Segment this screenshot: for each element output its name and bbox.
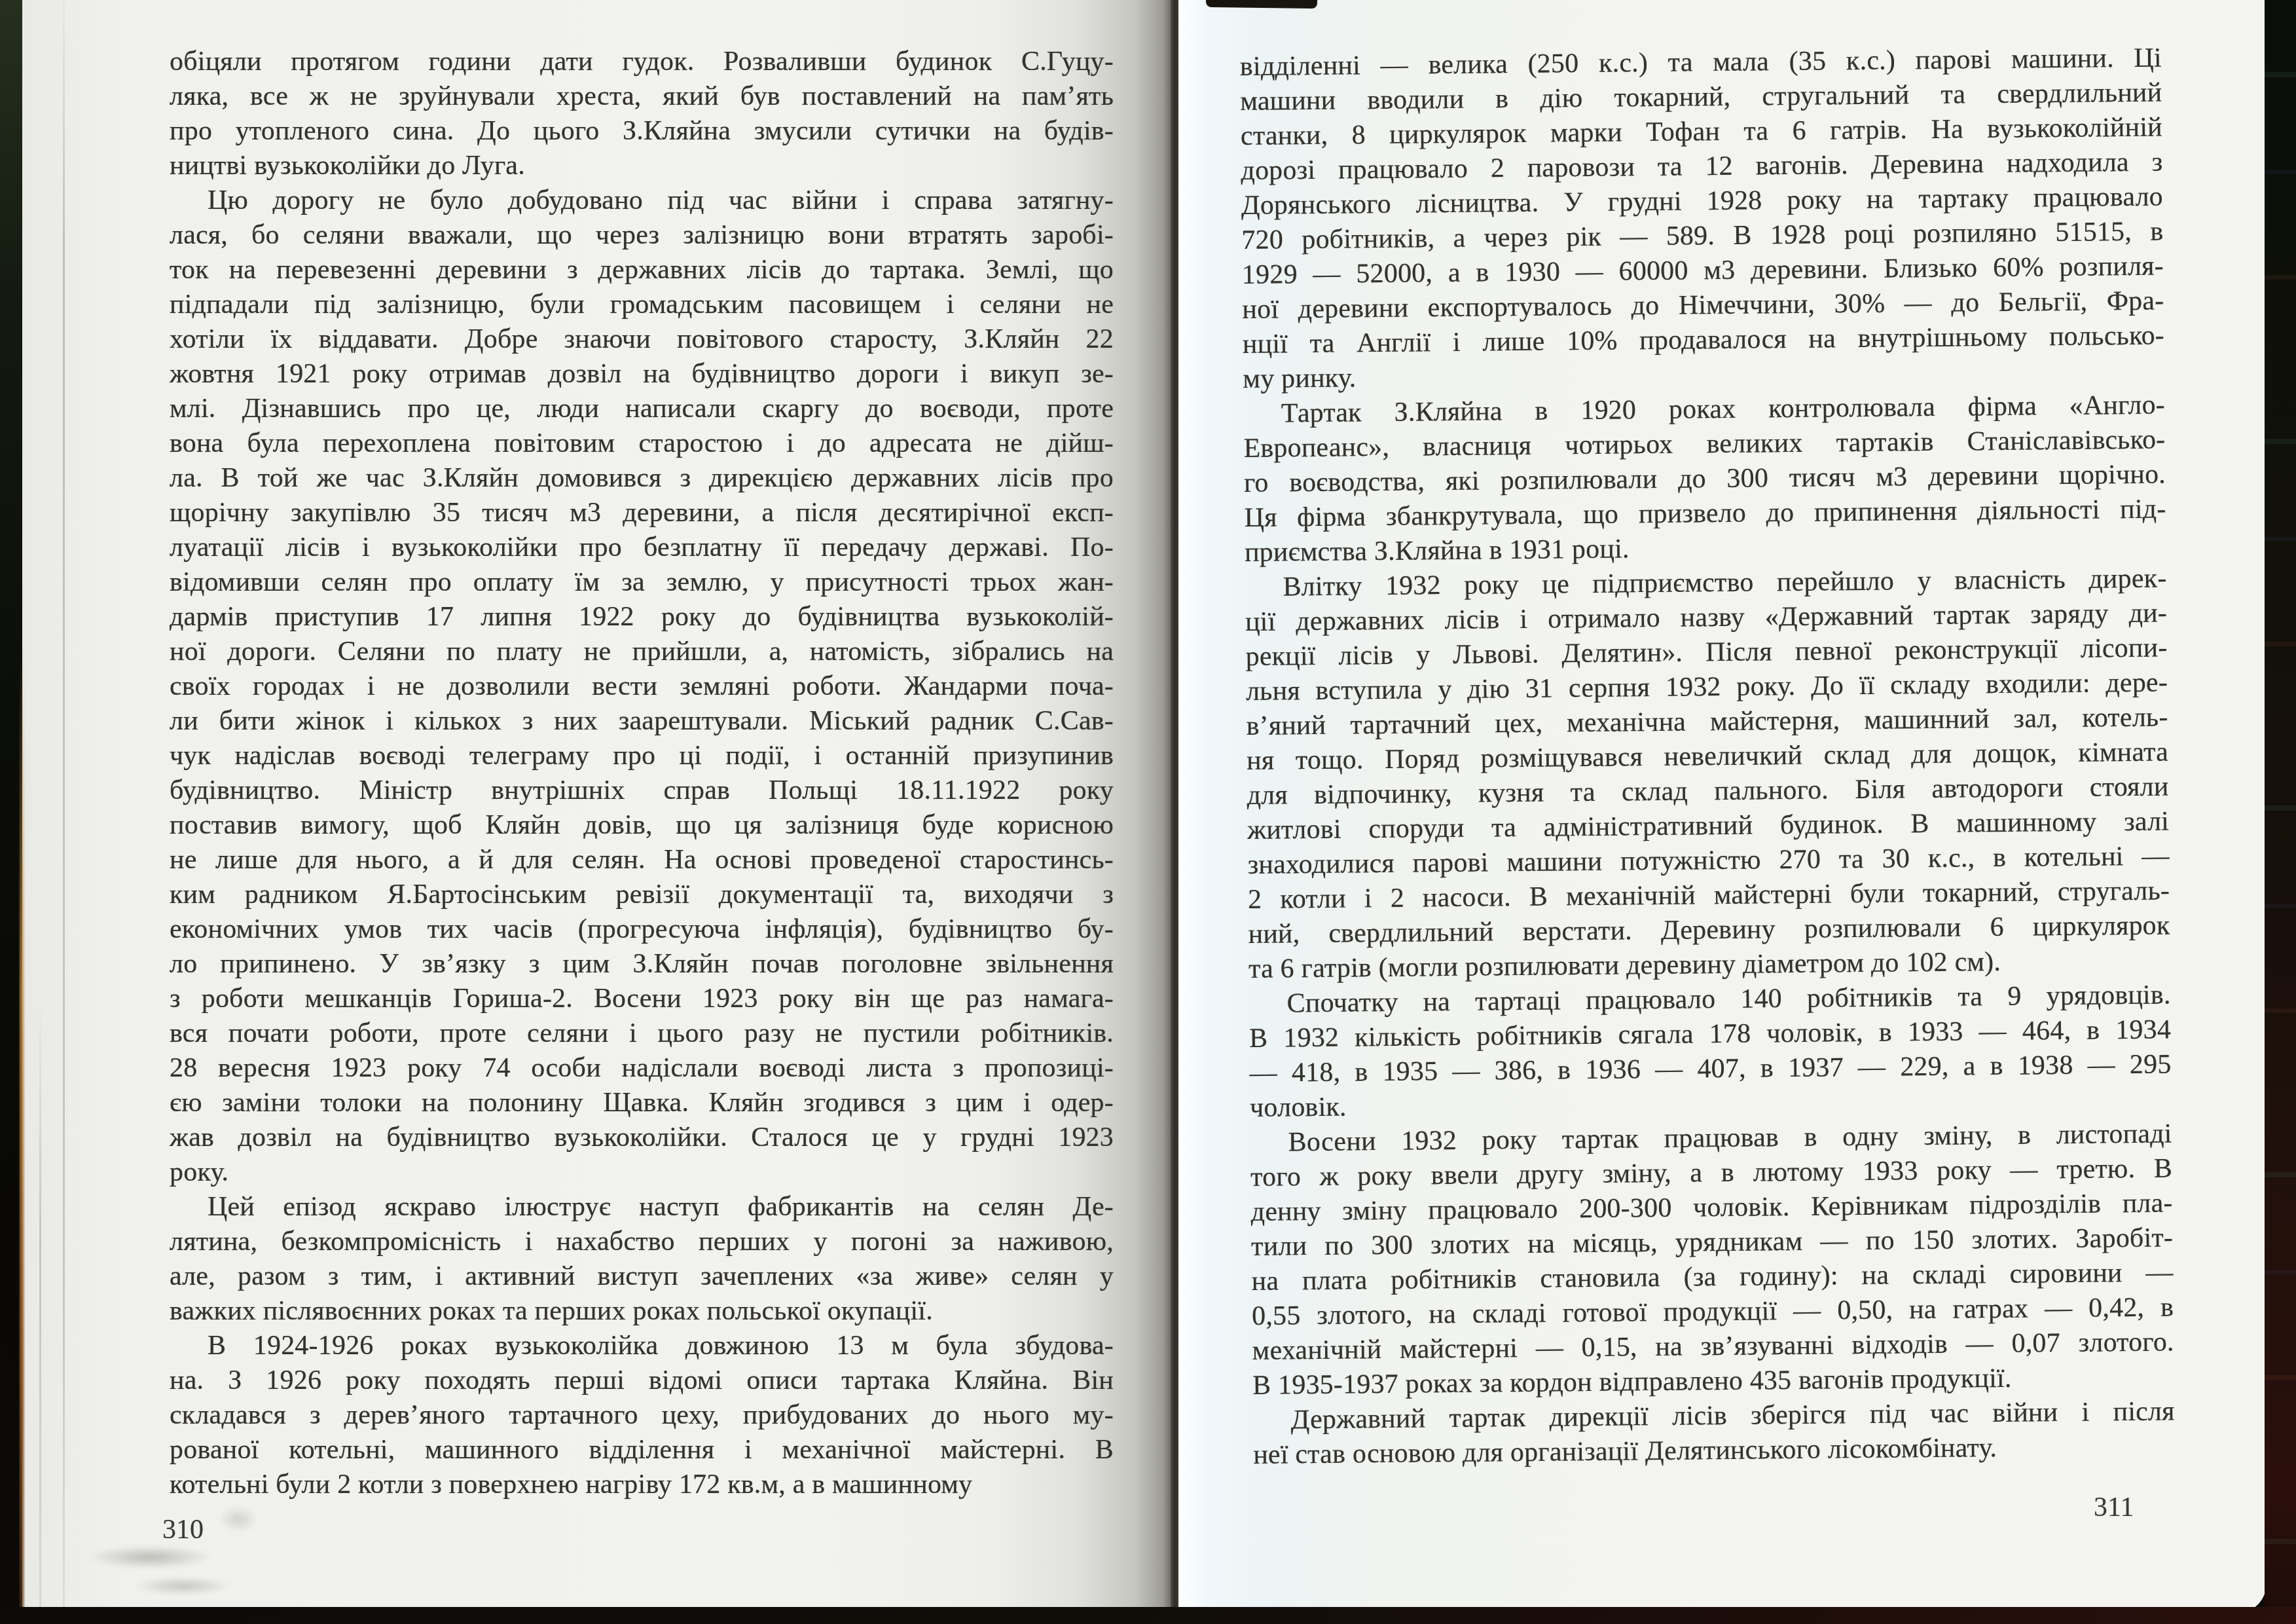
text-line: ляка, все ж не зруйнували хреста, який б… <box>170 79 1114 114</box>
text-line: чук надіслав воєводі телеграму про ці по… <box>170 739 1114 773</box>
text-line: щорічну закупівлю 35 тисяч м3 деревини, … <box>170 496 1114 530</box>
text-line: економічних умов тих часів (прогресуюча … <box>170 912 1114 947</box>
scan-edge-left <box>0 0 22 1624</box>
text-line: лятина, безкомпромісність і нахабство пе… <box>170 1225 1114 1259</box>
text-line: Цю дорогу не було добудовано під час вій… <box>170 183 1114 218</box>
scan-edge-streaks <box>2265 0 2296 1624</box>
text-line: своїх городах і не дозволили вести земля… <box>170 669 1114 704</box>
text-line: ництві вузькоколійки до Луга. <box>170 149 1114 183</box>
text-line: про утопленого сина. До цього З.Кляйна з… <box>170 114 1114 149</box>
text-line: жав дозвіл на будівництво вузькоколійки.… <box>170 1120 1114 1155</box>
text-line: обіцяли протягом години дати гудок. Розв… <box>170 45 1114 79</box>
page-crease <box>63 0 65 1612</box>
text-line: року. <box>170 1155 1114 1190</box>
text-line: ток на перевезенні деревини з державних … <box>170 253 1114 287</box>
text-line: В 1924-1926 роках вузькоколійка довжиною… <box>170 1329 1114 1363</box>
text-line: жовтня 1921 року отримав дозвіл на будів… <box>170 357 1114 392</box>
text-line: хотіли їх віддавати. Добре знаючи повіто… <box>170 322 1114 357</box>
page-number-left: 310 <box>162 1514 204 1545</box>
text-line: ла. В той же час З.Кляйн домовився з дир… <box>170 461 1114 496</box>
right-page-text: відділенні — велика (250 к.с.) та мала (… <box>1240 41 2176 1473</box>
text-line: ло припинено. У зв’язку з цим З.Кляйн по… <box>170 947 1114 982</box>
book-scan: обіцяли протягом години дати гудок. Розв… <box>0 0 2296 1624</box>
text-line: єю заміни толоки на полонину Щавка. Кляй… <box>170 1086 1114 1120</box>
text-line: Цей епізод яскраво ілюструє наступ фабри… <box>170 1190 1114 1225</box>
book-gutter <box>1171 0 1178 1612</box>
page-number-right: 311 <box>2094 1492 2134 1523</box>
text-line: підпадали під залізницю, були громадськи… <box>170 287 1114 322</box>
text-line: на. З 1926 року походять перші відомі оп… <box>170 1363 1114 1398</box>
page-crease <box>39 999 41 1612</box>
text-line: відомивши селян про оплату їм за землю, … <box>170 565 1114 600</box>
left-page-text: обіцяли протягом години дати гудок. Розв… <box>170 45 1114 1502</box>
text-line: але, разом з тим, і активний виступ заче… <box>170 1259 1114 1294</box>
text-line: ли бити жінок і кількох з них заарештува… <box>170 704 1114 739</box>
text-line: поставив вимогу, щоб Кляйн довів, що ця … <box>170 808 1114 843</box>
text-line: лася, бо селяни вважали, що через залізн… <box>170 218 1114 253</box>
text-line: не лише для нього, а й для селян. На осн… <box>170 843 1114 877</box>
pencil-smudge <box>88 1545 212 1569</box>
text-line: рованої котельні, машинного відділення і… <box>170 1433 1114 1467</box>
book-spine-highlight <box>20 650 24 1624</box>
text-line: будівництво. Міністр внутрішніх справ По… <box>170 773 1114 808</box>
text-line: ної дороги. Селяни по плату не прийшли, … <box>170 635 1114 669</box>
text-line: з роботи мешканців Гориша-2. Восени 1923… <box>170 982 1114 1016</box>
left-page: обіцяли протягом години дати гудок. Розв… <box>22 0 1171 1612</box>
text-line: ким радником Я.Бартосінським ревізії док… <box>170 877 1114 912</box>
text-line: складався з дерев’яного тартачного цеху,… <box>170 1398 1114 1433</box>
text-line: важких післявоєнних роках та перших рока… <box>170 1294 1114 1329</box>
pencil-smudge <box>219 1506 258 1532</box>
pencil-smudge <box>134 1577 232 1595</box>
text-line: вона була перехоплена повітовим старосто… <box>170 426 1114 461</box>
right-page: відділенні — велика (250 к.с.) та мала (… <box>1178 0 2267 1614</box>
text-line: млі. Дізнавшись про це, люди написали ск… <box>170 392 1114 426</box>
scan-edge-bottom <box>0 1607 2296 1624</box>
text-line: дармів приступив 17 липня 1922 року до б… <box>170 600 1114 635</box>
text-line: котельні були 2 котли з поверхнею нагрів… <box>170 1467 1114 1502</box>
text-line: 28 вересня 1923 року 74 особи надіслали … <box>170 1051 1114 1086</box>
text-line: вся почати роботи, проте селяни і цього … <box>170 1016 1114 1051</box>
text-line: луатації лісів і вузькоколійки про безпл… <box>170 530 1114 565</box>
